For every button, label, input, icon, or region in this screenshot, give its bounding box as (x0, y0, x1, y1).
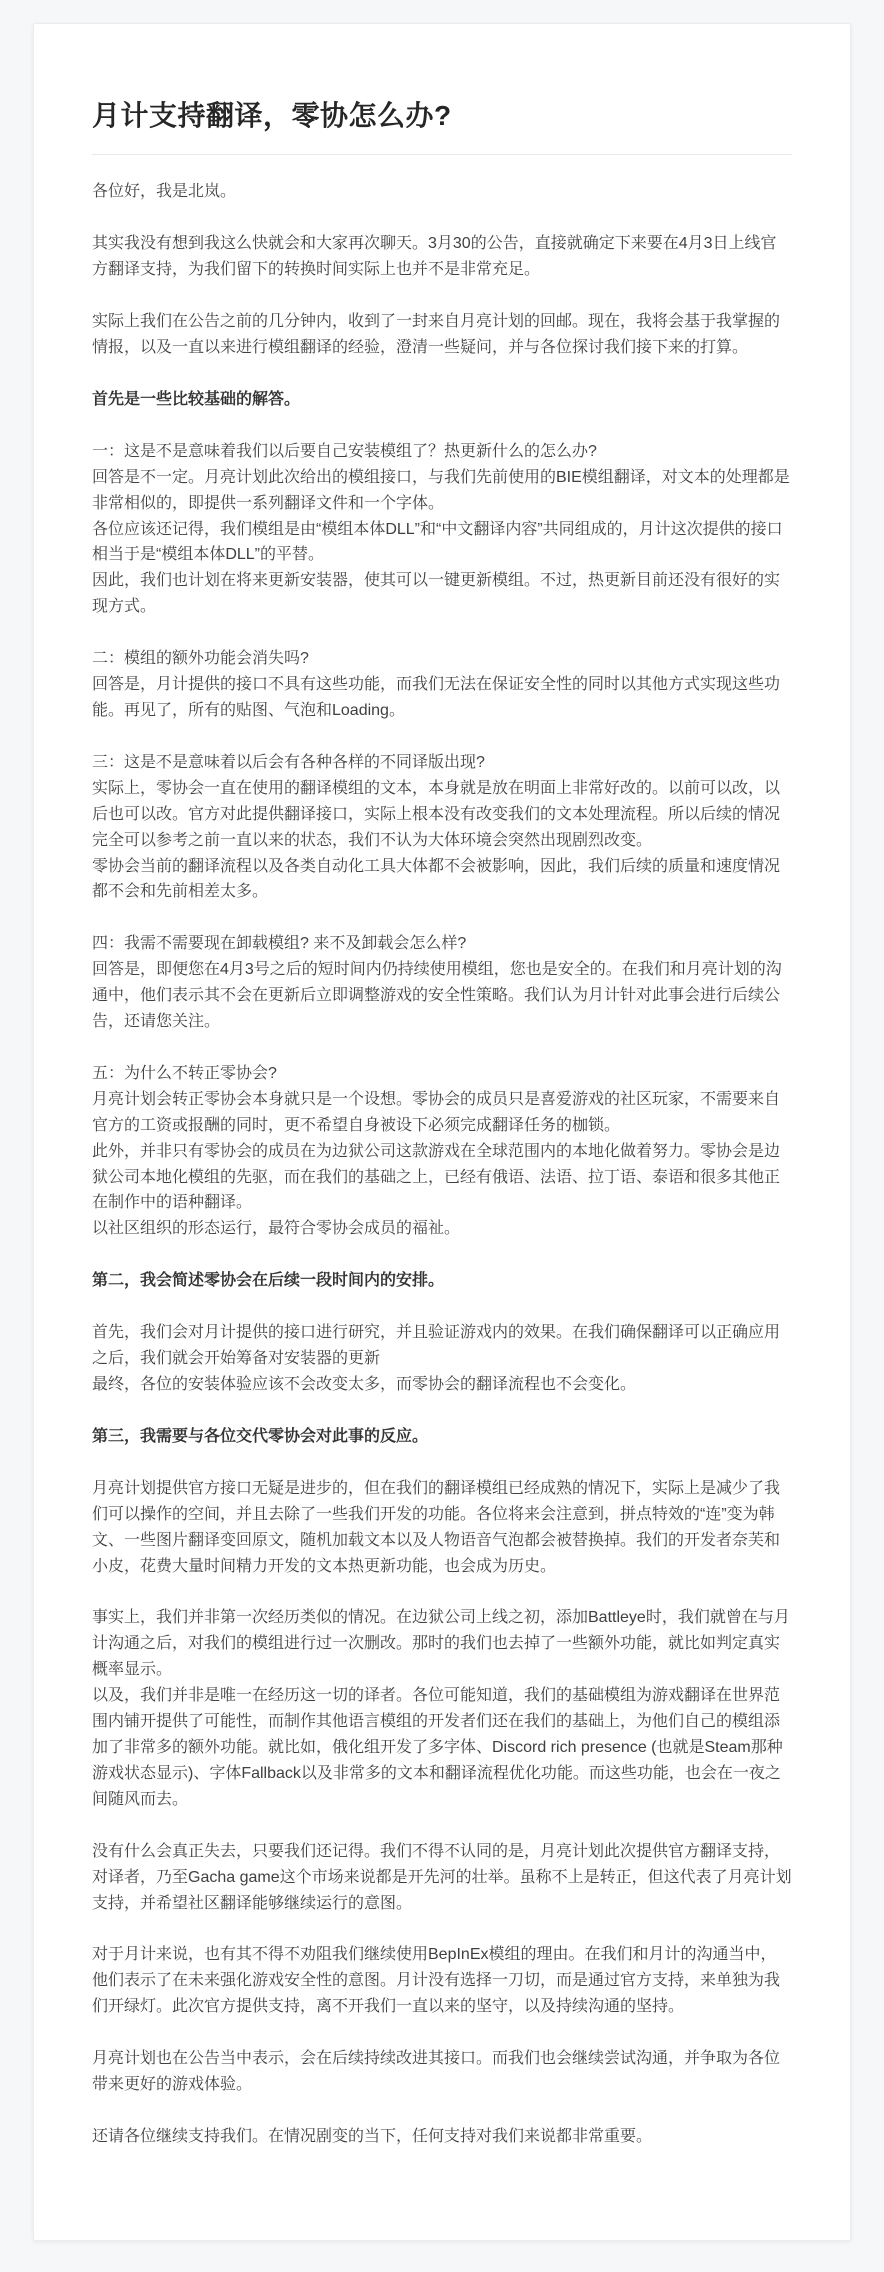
article-body: 各位好，我是北岚。 其实我没有想到我这么快就会和大家再次聊天。3月30的公告，直… (92, 179, 792, 2149)
page-background: 月计支持翻译，零协怎么办? 各位好，我是北岚。 其实我没有想到我这么快就会和大家… (0, 0, 884, 2272)
paragraph-plan: 首先，我们会对月计提供的接口进行研究，并且验证游戏内的效果。在我们确保翻译可以正… (92, 1320, 792, 1398)
paragraph-question-5: 五：为什么不转正零协会? 月亮计划会转正零协会本身就只是一个设想。零协会的成员只… (92, 1061, 792, 1242)
paragraph-question-4: 四：我需不需要现在卸载模组? 来不及卸载会怎么样? 回答是，即便您在4月3号之后… (92, 931, 792, 1035)
paragraph-context: 实际上我们在公告之前的几分钟内，收到了一封来自月亮计划的回邮。现在，我将会基于我… (92, 309, 792, 361)
article-title: 月计支持翻译，零协怎么办? (92, 98, 792, 134)
heading-basic-answers: 首先是一些比较基础的解答。 (92, 387, 792, 413)
paragraph-question-1: 一：这是不是意味着我们以后要自己安装模组了？热更新什么的怎么办? 回答是不一定。… (92, 439, 792, 620)
paragraph-reaction-2: 事实上，我们并非第一次经历类似的情况。在边狱公司上线之初，添加Battleye时… (92, 1605, 792, 1812)
article-card: 月计支持翻译，零协怎么办? 各位好，我是北岚。 其实我没有想到我这么快就会和大家… (33, 23, 851, 2241)
paragraph-outlook: 月亮计划也在公告当中表示，会在后续持续改进其接口。而我们也会继续尝试沟通，并争取… (92, 2046, 792, 2098)
title-divider (92, 154, 792, 155)
paragraph-reaction-1: 月亮计划提供官方接口无疑是进步的，但在我们的翻译模组已经成熟的情况下，实际上是减… (92, 1476, 792, 1580)
paragraph-reaction-4: 对于月计来说，也有其不得不劝阻我们继续使用BepInEx模组的理由。在我们和月计… (92, 1942, 792, 2020)
paragraph-intro: 其实我没有想到我这么快就会和大家再次聊天。3月30的公告，直接就确定下来要在4月… (92, 231, 792, 283)
paragraph-reaction-3: 没有什么会真正失去，只要我们还记得。我们不得不认同的是，月亮计划此次提供官方翻译… (92, 1839, 792, 1917)
paragraph-greeting: 各位好，我是北岚。 (92, 179, 792, 205)
heading-second-plan: 第二，我会简述零协会在后续一段时间内的安排。 (92, 1268, 792, 1294)
paragraph-question-3: 三：这是不是意味着以后会有各种各样的不同译版出现? 实际上，零协会一直在使用的翻… (92, 750, 792, 905)
heading-third-reaction: 第三，我需要与各位交代零协会对此事的反应。 (92, 1424, 792, 1450)
paragraph-closing: 还请各位继续支持我们。在情况剧变的当下，任何支持对我们来说都非常重要。 (92, 2124, 792, 2150)
paragraph-question-2: 二：模组的额外功能会消失吗? 回答是，月计提供的接口不具有这些功能，而我们无法在… (92, 646, 792, 724)
